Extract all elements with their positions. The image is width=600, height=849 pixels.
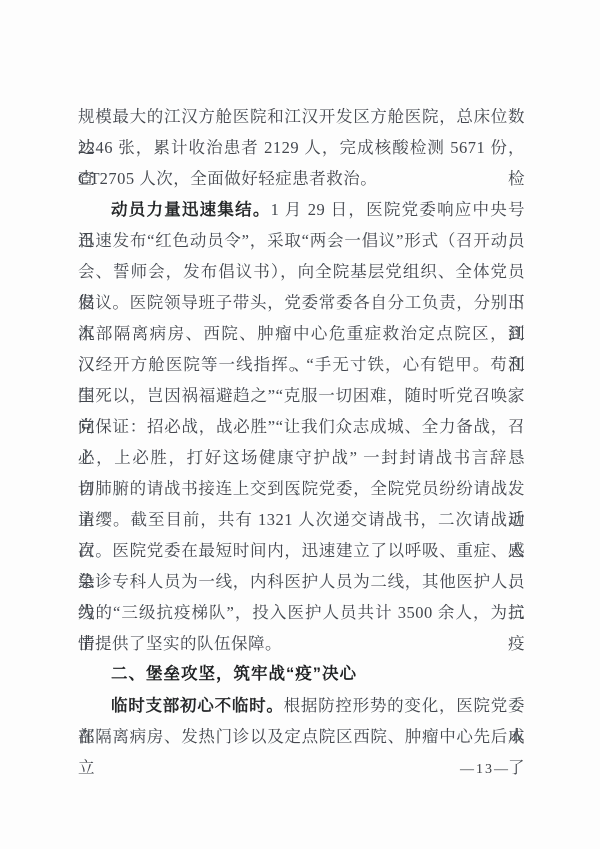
text-line: 2246 张，累计收治患者 2129 人，完成核酸检测 5671 份，CT 检 [78, 132, 525, 163]
line-text: 部隔离病房、发热门诊以及定点院区西院、肿瘤中心先后成立了 [78, 727, 525, 777]
text-line: 上，上必胜，打好这场健康守护战” 一封封请战书言辞恳切、发 [78, 442, 525, 473]
text-line: 生死以，岂因祸福避趋之”“克服一切困难，随时听党召唤。向 [78, 380, 525, 411]
text-line: 规模最大的江汉方舱医院和江汉开发区方舱医院，总床位数达 [78, 101, 525, 132]
document-body: 规模最大的江汉方舱医院和江汉开发区方舱医院，总床位数达2246 张，累计收治患者… [78, 101, 525, 752]
text-line: 急诊专科人员为一线，内科医护人员为二线，其他医护人员为三 [78, 566, 525, 597]
text-line: 次。医院党委在最短时间内，迅速建立了以呼吸、重症、感染、 [78, 535, 525, 566]
text-line: 本部隔离病房、西院、肿瘤中心危重症救治定点院区，江汉、江 [78, 318, 525, 349]
text-line: 部隔离病房、发热门诊以及定点院区西院、肿瘤中心先后成立了 [78, 721, 525, 752]
text-line: 党保证：招必战，战必胜”“让我们众志成城、全力备战，召必 [78, 411, 525, 442]
paragraph-lead-bold: 临时支部初心不临时。 [111, 696, 284, 715]
page-number: —13— [460, 762, 510, 778]
text-line: 迅速发布“红色动员令”，采取“两会一倡议”形式（召开动员 [78, 225, 525, 256]
text-line: 会、誓师会，发布倡议书），向全院基层党组织、全体党员发出 [78, 256, 525, 287]
text-line: 线的“三级抗疫梯队”，投入医护人员共计 3500 余人，为抗击疫 [78, 597, 525, 628]
line-text: 二、堡垒攻坚，筑牢战“疫”决心 [111, 665, 357, 683]
text-line: 自肺腑的请战书接连上交到医院党委，全院党员纷纷请战、主动 [78, 473, 525, 504]
line-text: 迅速发布“红色动员令”，采取“两会一倡议”形式（召开动员 [78, 231, 525, 250]
text-line: 临时支部初心不临时。根据防控形势的变化，医院党委在本 [78, 690, 525, 721]
line-text: 查 2705 人次，全面做好轻症患者救治。 [78, 169, 377, 188]
section-heading: 二、堡垒攻坚，筑牢战“疫”决心 [78, 659, 525, 690]
text-line: 请缨。截至目前，共有 1321 人次递交请战书，二次请战近百人 [78, 504, 525, 535]
line-text: 情提供了坚实的队伍保障。 [78, 634, 282, 653]
document-page: 规模最大的江汉方舱医院和江汉开发区方舱医院，总床位数达2246 张，累计收治患者… [0, 0, 600, 849]
text-line: 汉经开方舱医院等一线指挥。“手无寸铁，心有铠甲。苟利国家 [78, 349, 525, 380]
paragraph-lead-bold: 动员力量迅速集结。 [111, 200, 271, 219]
text-line: 倡议。医院领导班子带头，党委常委各自分工负责，分别下沉到 [78, 287, 525, 318]
text-line: 动员力量迅速集结。1 月 29 日，医院党委响应中央号召， [78, 194, 525, 225]
